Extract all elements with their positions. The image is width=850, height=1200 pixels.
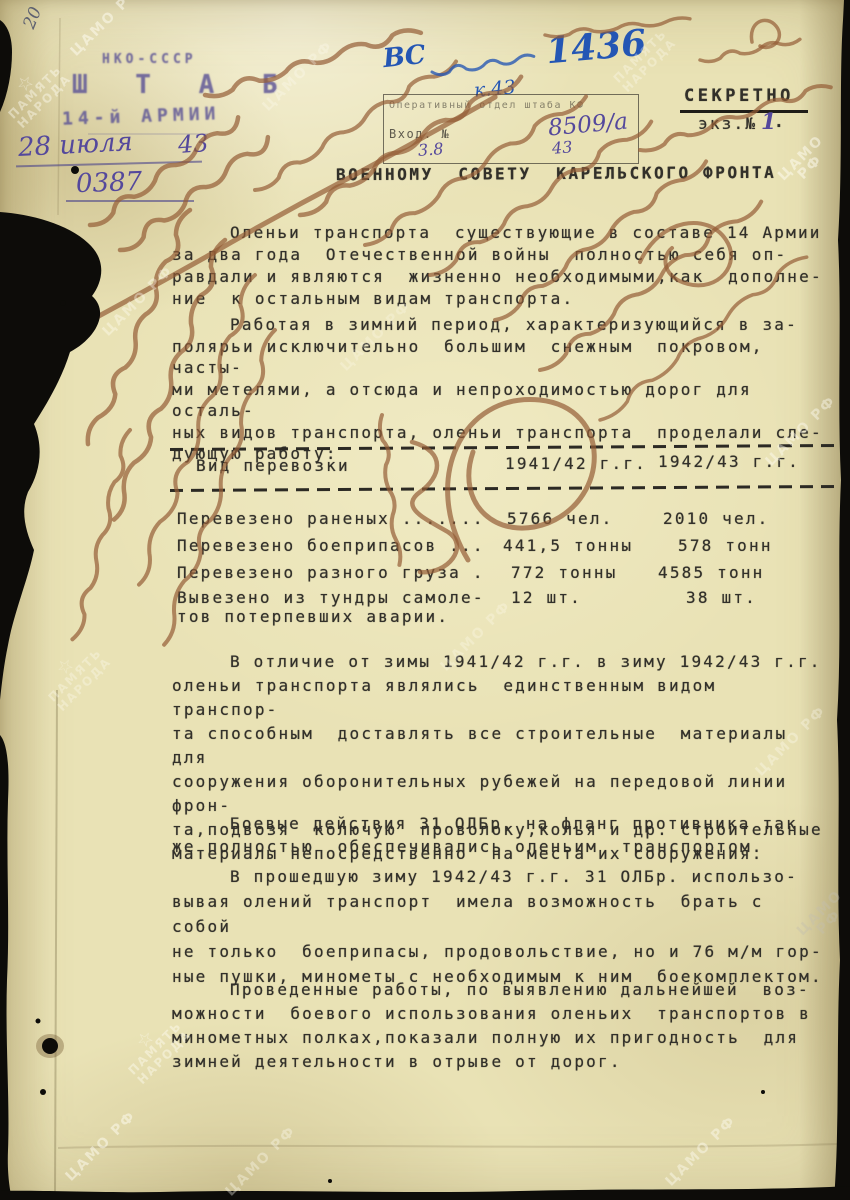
incoming-year: 43 xyxy=(551,137,573,157)
row4-label: Вывезено из тундры самоле- тов потерпевш… xyxy=(177,588,485,626)
heading-addressee: ВОЕННОМУ СОВЕТУ КАРЕЛЬСКОГО ФРОНТА xyxy=(336,163,776,184)
resolution-prefix: ВС xyxy=(382,40,428,74)
hq-stamp-date: 28 июля xyxy=(17,127,133,163)
copy-label: экз.№ xyxy=(698,114,757,133)
hq-number-underline xyxy=(66,200,194,202)
table-header-kind: Вид перевозки xyxy=(196,456,350,475)
table-header-season1: 1941/42 г.г. xyxy=(505,454,647,473)
paragraph-5: В прошедшую зиму 1942/43 г.г. 31 ОЛБр. и… xyxy=(172,864,832,989)
secret-label: СЕКРЕТНО xyxy=(684,86,794,106)
row3-season2: 4585 тонн xyxy=(658,563,765,582)
hq-stamp-title: Ш Т А Б xyxy=(72,70,294,100)
row4-season1: 12 шт. xyxy=(511,588,582,607)
hq-stamp-year: 43 xyxy=(177,129,209,159)
row1-season1: 5766 чел. xyxy=(507,509,614,528)
incoming-stamp-dept: Оперативный отдел штаба КФ xyxy=(389,100,585,111)
paragraph-4: Боевые действия 31 ОЛБр. на фланг против… xyxy=(172,812,832,858)
incoming-date: 3.8 xyxy=(417,139,444,160)
paragraph-6: Проведенные работы, по выявлению дальней… xyxy=(172,978,832,1074)
hq-stamp-number: 0387 xyxy=(75,167,142,199)
row3-label: Перевезено разного груза . xyxy=(177,563,485,582)
copy-period: . xyxy=(774,112,786,131)
row3-season1: 772 тонны xyxy=(511,563,618,582)
paragraph-2: Работая в зимний период, характеризующий… xyxy=(172,314,832,465)
row2-season1: 441,5 тонны xyxy=(503,536,633,555)
row1-label: Перевезено раненых ....... xyxy=(177,509,485,528)
resolution-number: 1436 xyxy=(544,22,647,73)
secret-underline xyxy=(680,110,808,113)
paragraph-1: Оленьи транспорта существующие в составе… xyxy=(172,222,832,310)
document-scan: 20 НКО-СССР Ш Т А Б 14-й АРМИИ 28 июля 4… xyxy=(0,0,850,1200)
row2-label: Перевезено боеприпасов ... xyxy=(177,536,485,555)
hq-stamp-org: НКО-СССР xyxy=(102,52,197,67)
row2-season2: 578 тонн xyxy=(678,536,773,555)
row1-season2: 2010 чел. xyxy=(663,509,770,528)
row4-season2: 38 шт. xyxy=(686,588,757,607)
table-header-season2: 1942/43 г.г. xyxy=(658,452,800,471)
